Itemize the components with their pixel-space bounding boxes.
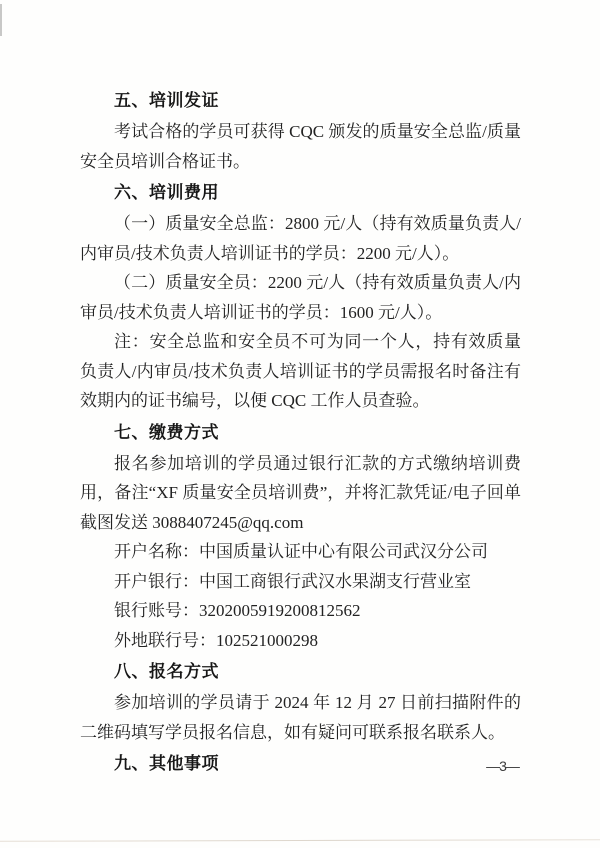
paragraph-fee-note: 注：安全总监和安全员不可为同一个人，持有效质量负责人/内审员/技术负责人培训证书… (80, 327, 521, 416)
scan-artifact-left-edge (0, 4, 2, 36)
section-heading-other: 九、其他事项 (80, 749, 521, 778)
paragraph-registration: 参加培训的学员请于 2024 年 12 月 27 日前扫描附件的二维码填写学员报… (80, 688, 521, 747)
section-heading-certificate: 五、培训发证 (80, 86, 521, 115)
document-content: 五、培训发证 考试合格的学员可获得 CQC 颁发的质量安全总监/质量安全员培训合… (80, 84, 521, 780)
bank-account-number-line: 银行账号：3202005919200812562 (80, 596, 521, 626)
paragraph-certificate: 考试合格的学员可获得 CQC 颁发的质量安全总监/质量安全员培训合格证书。 (80, 117, 521, 176)
scanned-document-page: 五、培训发证 考试合格的学员可获得 CQC 颁发的质量安全总监/质量安全员培训合… (0, 0, 600, 848)
paragraph-payment-method: 报名参加培训的学员通过银行汇款的方式缴纳培训费用，备注“XF 质量安全员培训费”… (80, 449, 521, 538)
page-number: —3— (480, 758, 525, 774)
section-heading-registration: 八、报名方式 (80, 657, 521, 686)
paragraph-fee-director: （一）质量安全总监：2800 元/人（持有效质量负责人/内审员/技术负责人培训证… (80, 209, 521, 268)
paragraph-fee-officer: （二）质量安全员：2200 元/人（持有效质量负责人/内审员/技术负责人培训证书… (80, 268, 521, 327)
section-heading-payment: 七、缴费方式 (80, 418, 521, 447)
section-heading-fees: 六、培训费用 (80, 178, 521, 207)
bank-name-line: 开户银行：中国工商银行武汉水果湖支行营业室 (80, 567, 521, 597)
scan-artifact-bottom-edge (0, 839, 600, 842)
interbank-number-line: 外地联行号：102521000298 (80, 626, 521, 656)
bank-account-name-line: 开户名称：中国质量认证中心有限公司武汉分公司 (80, 537, 521, 567)
